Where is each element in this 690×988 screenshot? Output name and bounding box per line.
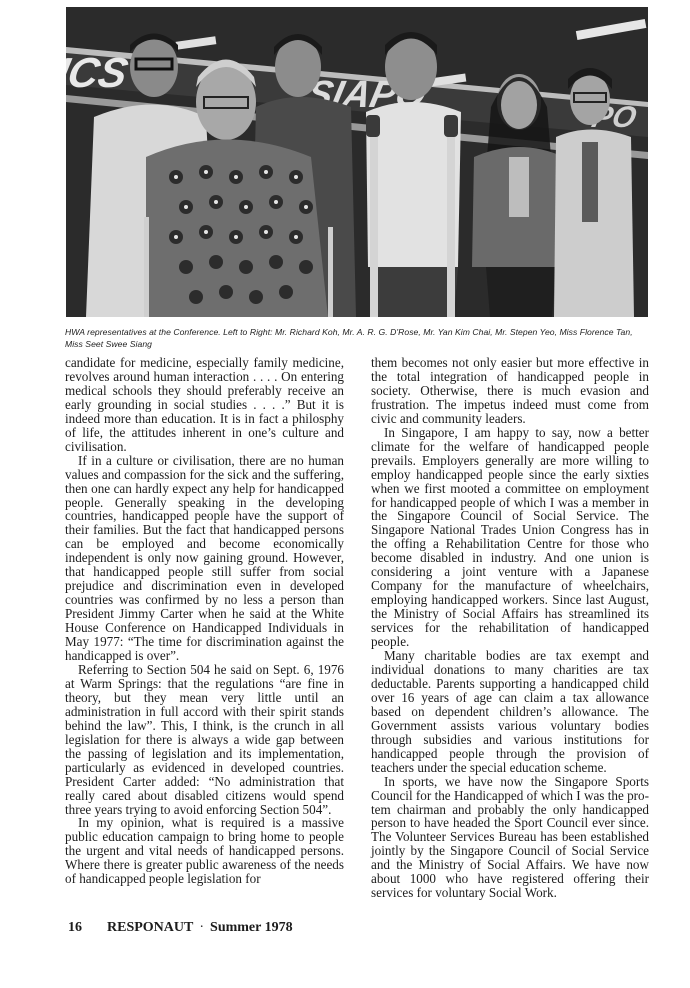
photo-image: ICS SIAPO PO (66, 7, 648, 317)
paragraph: Many charitable bodies are tax exempt an… (371, 649, 649, 775)
paragraph: In my opinion, what is required is a mas… (65, 816, 344, 886)
paragraph: In sports, we have now the Singapore Spo… (371, 775, 649, 901)
publication-name: RESPONAUT (107, 920, 193, 935)
paragraph: In Singapore, I am happy to say, now a b… (371, 426, 649, 649)
paragraph: them becomes not only easier but more ef… (371, 356, 649, 426)
separator: · (199, 920, 204, 935)
paragraph: Referring to Section 504 he said on Sept… (65, 663, 344, 816)
issue-label: Summer 1978 (210, 920, 293, 935)
paragraph: candidate for medicine, especially famil… (65, 356, 344, 454)
left-column: candidate for medicine, especially famil… (65, 356, 344, 886)
svg-text:ICS: ICS (66, 49, 132, 95)
page-number: 16 (68, 920, 107, 936)
photo-caption: HWA representatives at the Conference. L… (65, 326, 650, 350)
page-footer: 16RESPONAUT·Summer 1978 (68, 920, 293, 936)
paragraph: If in a culture or civilisation, there a… (65, 454, 344, 663)
group-photo: ICS SIAPO PO (66, 7, 648, 317)
right-column: them becomes not only easier but more ef… (371, 356, 649, 900)
